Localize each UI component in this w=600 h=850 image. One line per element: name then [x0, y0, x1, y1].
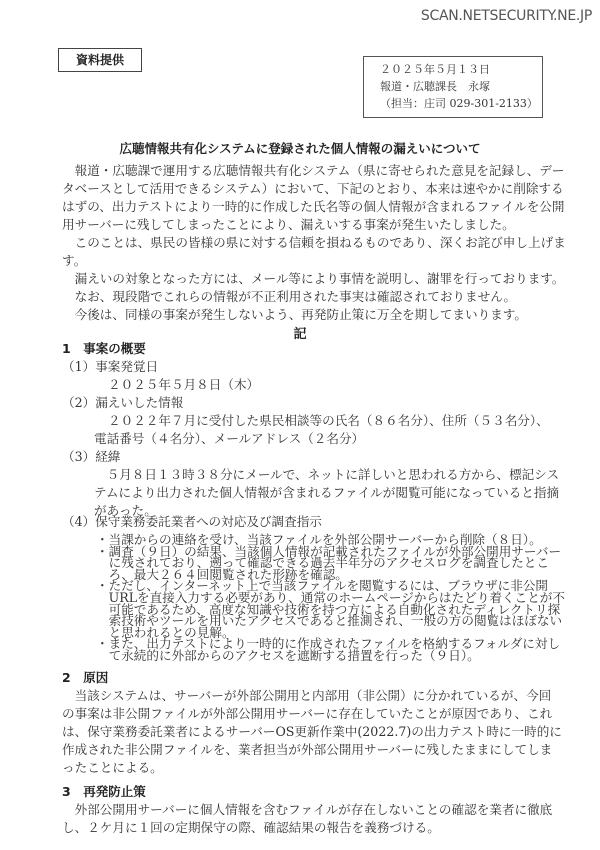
section-2-line: は、保守業務委託業者によるサーバーOS更新作業中(2022.7)の出力テスト時に…	[62, 723, 562, 741]
section-2-line: の事案は非公開ファイルが外部公開用サーバーに存在していたことが原因であり、これ	[62, 705, 552, 723]
item-2-label: （2）漏えいした情報	[62, 394, 183, 412]
item-1-label: （1）事案発覚日	[62, 358, 158, 376]
section-1-heading: 1 事案の概要	[62, 340, 146, 358]
item-3-label: （3）経緯	[62, 448, 120, 466]
intro-line: 漏えいの対象となった方には、メール等により事情を説明し、謝罪を行っております。	[62, 270, 565, 288]
intro-line: はずの、出力テストにより一時的に作成した氏名等の個人情報が含まれるファイルを公開	[62, 198, 565, 216]
document-stamp: 資料提供	[58, 48, 142, 72]
item-4-line: て永続的に外部からのアクセスを遮断する措置を行った（９日）。	[96, 647, 480, 665]
item-2-line: ２０２２年７月に受付した県民相談等の氏名（８６名分）、住所（５３名分）、	[108, 412, 549, 430]
item-4-label: （4）保守業務委託業者への対応及び調査指示	[62, 513, 322, 531]
section-2-line: ったことによる。	[62, 759, 163, 777]
info-box: ２０２５年５月１３日 報道・広聴課長 永塚 （担当：庄司 029-301-213…	[363, 56, 543, 118]
item-3-line: ５月８日１３時３８分にメールで、ネットに詳しいと思われる方から、標記シス	[94, 466, 559, 484]
intro-line: す。	[62, 252, 86, 270]
section-3-line: 外部公開用サーバーに個人情報を含むファイルが存在しないことの確認を業者に徹底	[62, 801, 552, 819]
intro-line: 今後は、同様の事案が発生しないよう、再発防止策に万全を期してまいります。	[62, 306, 527, 324]
intro-line: なお、現段階でこれらの情報が不正利用された事実は確認されておりません。	[62, 288, 516, 306]
section-2-heading: 2 原因	[62, 669, 108, 687]
intro-line: 報道・広聴課で運用する広聴情報共有化システム（県に寄せられた意見を記録し、デー	[62, 162, 565, 180]
info-contact: （担当：庄司 029-301-2133）	[380, 95, 542, 112]
section-3-line: し、２ケ月に１回の定期保守の際、確認結果の報告を義務づける。	[62, 819, 440, 837]
section-2-line: 当該システムは、サーバーが外部公開用と内部用（非公開）に分かれているが、今回	[62, 687, 551, 705]
intro-line: このことは、県民の皆様の県に対する信頼を損ねるものであり、深くお詫び申し上げま	[62, 234, 566, 252]
intro-line: タベースとして活用できるシステム）において、下記のとおり、本来は速やかに削除する	[62, 180, 564, 198]
section-2-line: 作成された非公開ファイルを、業者担当が外部公開用サーバーに残したままにしてしま	[62, 741, 552, 759]
info-author: 報道・広聴課長 永塚	[380, 78, 542, 95]
info-date: ２０２５年５月１３日	[380, 61, 542, 78]
watermark: SCAN.NETSECURITY.NE.JP	[421, 8, 592, 24]
item-3-line: テムにより出力された個人情報が含まれるファイルが閲覧可能になっていると指摘	[94, 484, 559, 502]
item-2-line: 電話番号（４名分）、メールアドレス（２名分）	[94, 430, 364, 448]
intro-line: 用サーバーに残してしまったことにより、漏えいする事案が発生いたしました。	[62, 216, 515, 234]
page-title: 広聴情報共有化システムに登録された個人情報の漏えいについて	[0, 139, 600, 157]
section-3-heading: 3 再発防止策	[62, 783, 146, 801]
item-1-text: ２０２５年５月８日（木）	[108, 376, 259, 394]
